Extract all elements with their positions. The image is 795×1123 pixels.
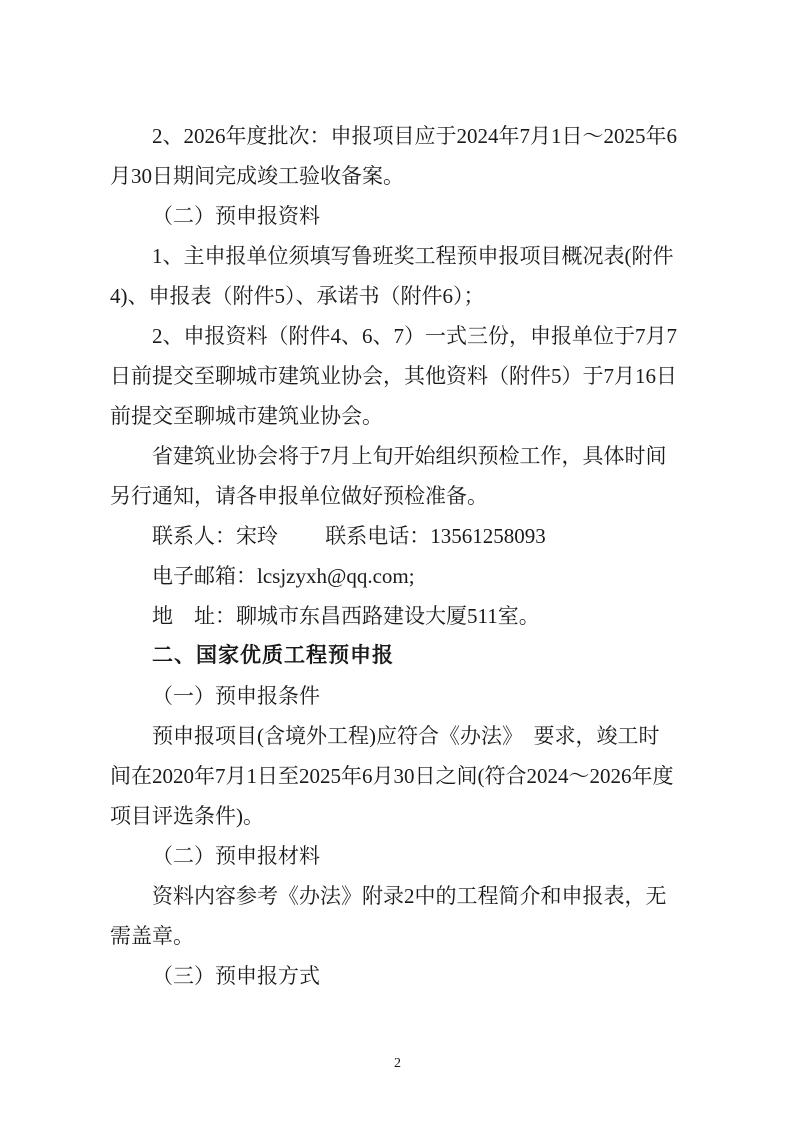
- paragraph-submission-deadlines: 2、申报资料（附件4、6、7）一式三份，申报单位于7月7 日前提交至聊城市建筑业…: [110, 316, 688, 436]
- document-body: 2、2026年度批次：申报项目应于2024年7月1日～2025年6 月30日期间…: [110, 116, 688, 996]
- subheading-pre-application-method: （三）预申报方式: [110, 956, 688, 996]
- contact-person-line: 联系人：宋玲 联系电话：13561258093: [110, 516, 688, 556]
- paragraph-materials-reference: 资料内容参考《办法》附录2中的工程简介和申报表，无 需盖章。: [110, 876, 688, 956]
- paragraph-pre-inspection-notice: 省建筑业协会将于7月上旬开始组织预检工作，具体时间 另行通知，请各申报单位做好预…: [110, 436, 688, 516]
- subheading-pre-application-conditions: （一）预申报条件: [110, 676, 688, 716]
- paragraph-2026-batch-deadline: 2、2026年度批次：申报项目应于2024年7月1日～2025年6 月30日期间…: [110, 116, 688, 196]
- subheading-pre-application-documents: （二）预申报资料: [110, 196, 688, 236]
- contact-email-line: 电子邮箱：lcsjzyxh@qq.com;: [110, 556, 688, 596]
- subheading-pre-application-materials: （二）预申报材料: [110, 836, 688, 876]
- paragraph-conditions-detail: 预申报项目(含境外工程)应符合《办法》 要求，竣工时 间在2020年7月1日至2…: [110, 716, 688, 836]
- paragraph-required-forms: 1、主申报单位须填写鲁班奖工程预申报项目概况表(附件 4)、申报表（附件5）、承…: [110, 236, 688, 316]
- contact-address-line: 地 址：聊城市东昌西路建设大厦511室。: [110, 596, 688, 636]
- document-page: 2、2026年度批次：申报项目应于2024年7月1日～2025年6 月30日期间…: [0, 0, 795, 1123]
- page-number: 2: [0, 1054, 795, 1074]
- heading-national-quality-project: 二、国家优质工程预申报: [110, 636, 688, 676]
